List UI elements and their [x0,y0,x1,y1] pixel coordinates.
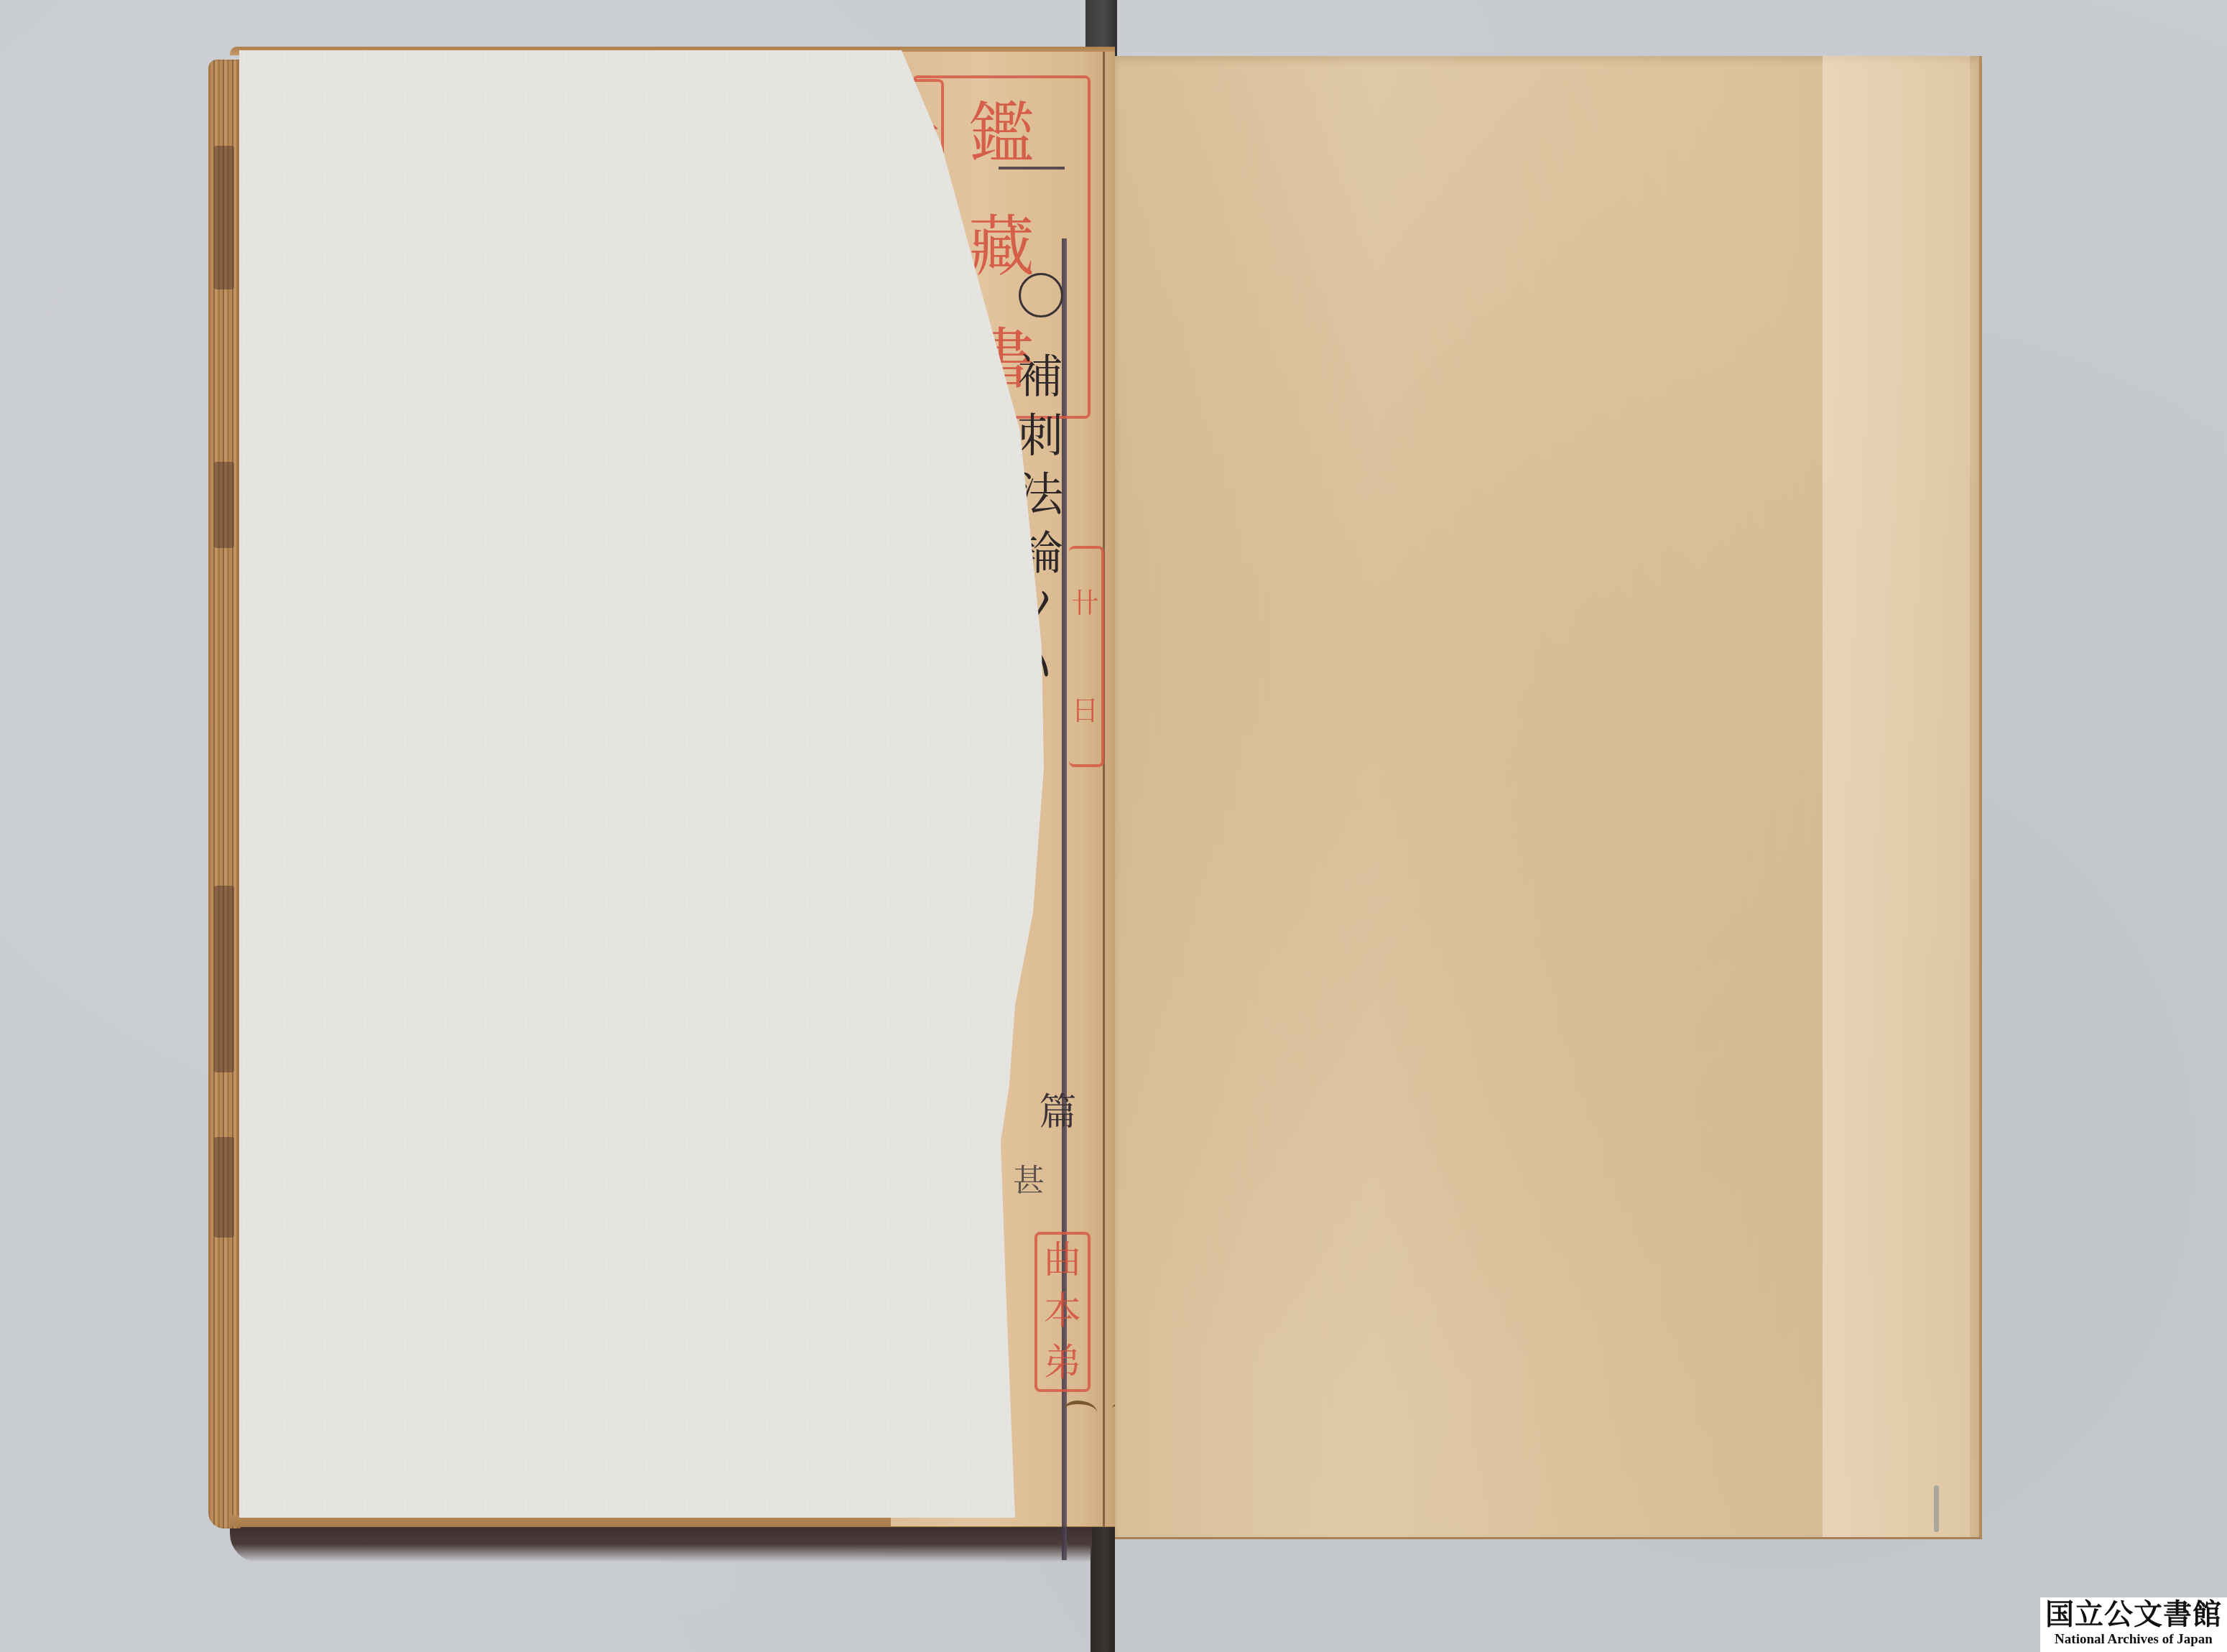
right-page-light-strip [1823,56,1970,1537]
left-book-shadow [230,1526,1092,1562]
seal-char: 卄 [1071,589,1098,616]
side-column-text: 甚 [1007,1164,1044,1195]
white-replacement-sheet [239,50,1044,1518]
seal-char: 日 [1071,697,1098,724]
seal-char: 曲 [1044,1242,1081,1279]
printed-side-column: 甚 [1002,1164,1048,1195]
right-page [1115,56,1982,1539]
edge-stain [214,886,234,1072]
lower-column-text: 篇 [1032,1092,1075,1146]
archive-logo: 国立公文書館 National Archives of Japan [2040,1597,2227,1652]
gutter-line [1103,52,1105,1526]
seal-lower: 曲 本 弟 [1034,1232,1091,1392]
seal-char: 鑑 [968,101,1034,167]
seal-char: 藏 [968,214,1034,280]
edge-stain [214,1137,234,1238]
edge-stain [214,462,234,548]
left-fore-edge [208,60,241,1528]
pencil-mark [1934,1485,1939,1532]
spine-bottom [1091,1526,1115,1652]
seal-char: 弟 [1044,1345,1081,1382]
printed-lower-column: 篇 [1027,1092,1081,1146]
edge-stain [214,146,234,289]
logo-english-text: National Archives of Japan [2040,1632,2227,1648]
logo-japanese-text: 国立公文書館 [2040,1597,2227,1632]
seal-char: 本 [1044,1293,1081,1330]
volume-circle-mark [1019,273,1063,317]
seal-middle: 卄 日 [1069,546,1104,767]
